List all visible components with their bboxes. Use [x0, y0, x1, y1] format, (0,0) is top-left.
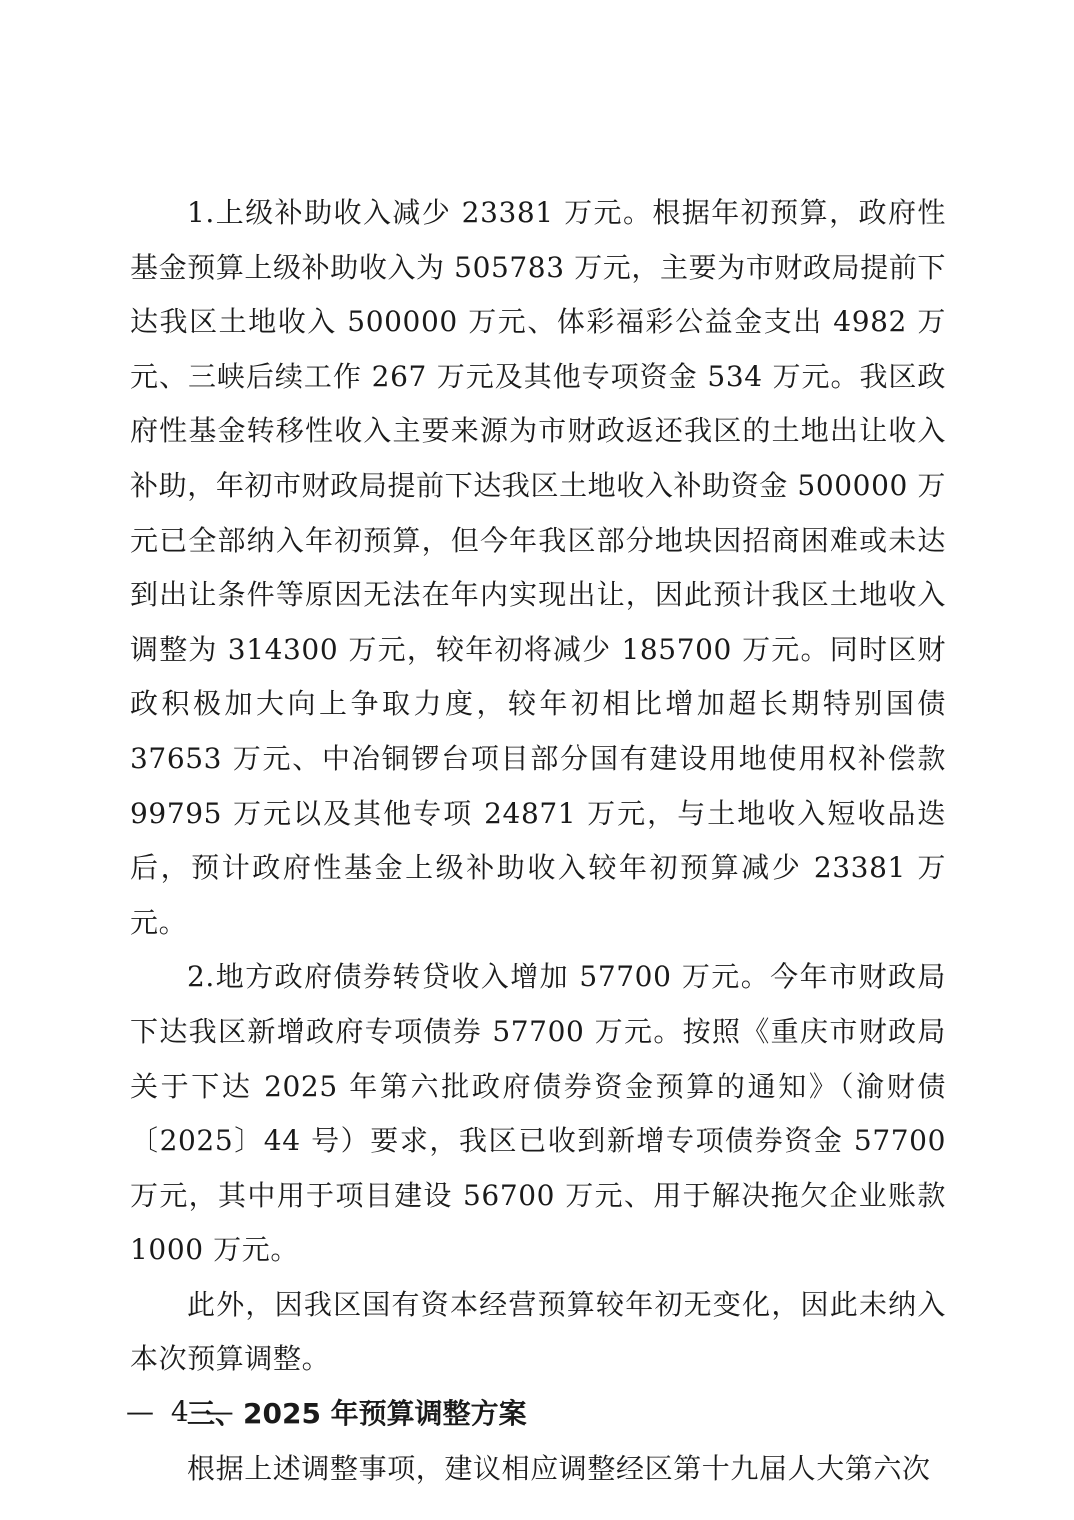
paragraph-superior-subsidy-income: 1.上级补助收入减少 23381 万元。根据年初预算，政府性基金预算上级补助收入… [130, 186, 946, 950]
paragraph-bond-transfer-income: 2.地方政府债券转贷收入增加 57700 万元。今年市财政局下达我区新增政府专项… [130, 950, 946, 1278]
section-heading-budget-adjustment-plan: 三、2025 年预算调整方案 [130, 1387, 946, 1442]
paragraph-state-capital-note: 此外，因我区国有资本经营预算较年初无变化，因此未纳入本次预算调整。 [130, 1278, 946, 1387]
document-page: 1.上级补助收入减少 23381 万元。根据年初预算，政府性基金预算上级补助收入… [0, 0, 1074, 1520]
page-number: — 4 — [126, 1394, 238, 1430]
document-body: 1.上级补助收入减少 23381 万元。根据年初预算，政府性基金预算上级补助收入… [130, 186, 946, 1496]
paragraph-adjustment-proposal: 根据上述调整事项，建议相应调整经区第十九届人大第六次 [130, 1442, 946, 1497]
